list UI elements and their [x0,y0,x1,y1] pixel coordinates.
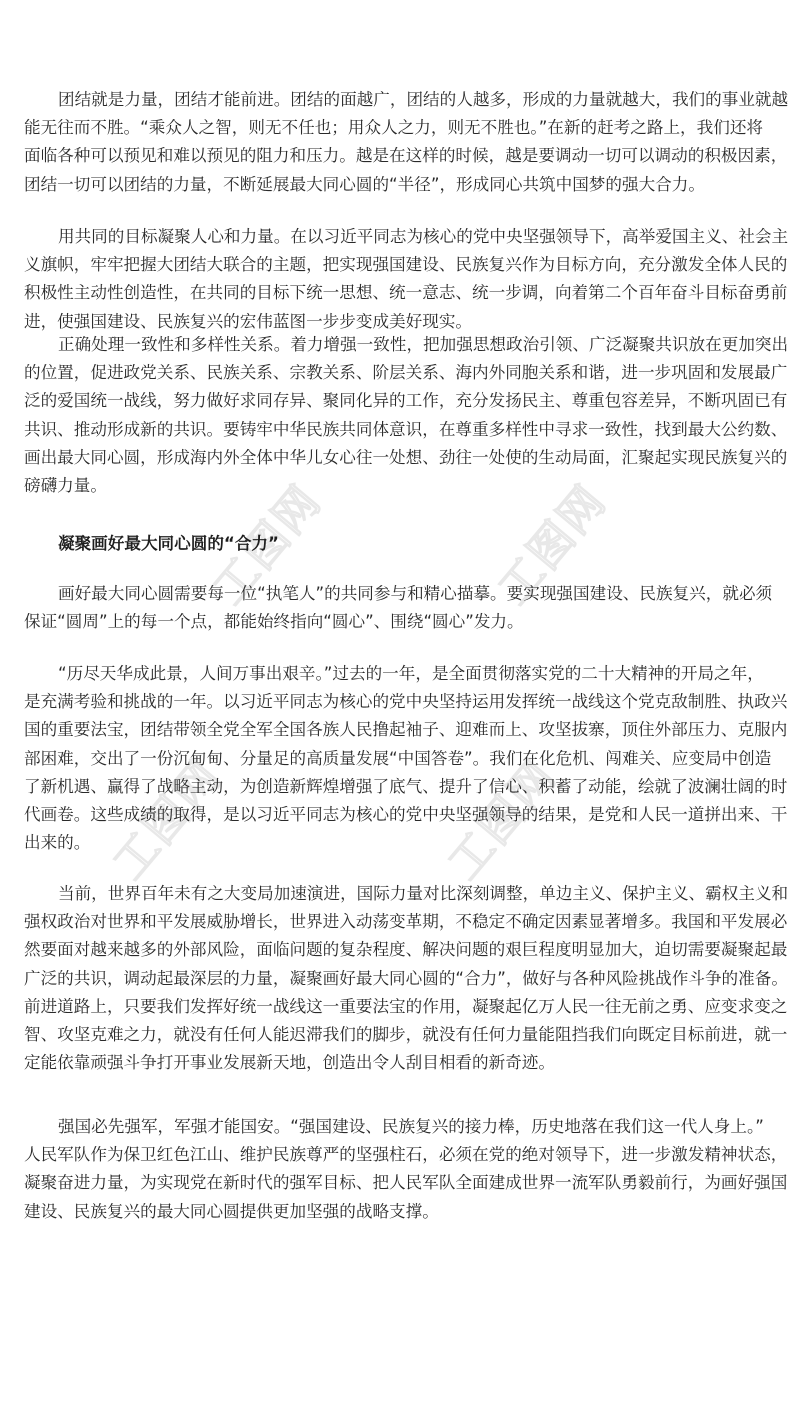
paragraph-line: 部困难，交出了一份沉甸甸、分量足的高质量发展“中国答卷”。我们在化危机、闯难关、… [24,745,784,773]
paragraph: 画好最大同心圆需要每一位“执笔人”的共同参与和精心描摹。要实现强国建设、民族复兴… [24,580,784,636]
paragraph-line: 代画卷。这些成绩的取得，是以习近平同志为核心的党中央坚强领导的结果，是党和人民一… [24,801,784,829]
paragraph-line: 面临各种可以预见和难以预见的阻力和压力。越是在这样的时候，越是要调动一切可以调动… [24,142,784,170]
paragraph-line: 泛的爱国统一战线，努力做好求同存异、聚同化异的工作，充分发扬民主、尊重包容差异，… [24,387,784,415]
paragraph-line: 出来的。 [24,829,784,857]
paragraph-line: 积极性主动性创造性，在共同的目标下统一思想、统一意志、统一步调，向着第二个百年奋… [24,279,784,307]
paragraph-line: 智、攻坚克难之力，就没有任何人能迟滞我们的脚步，就没有任何力量能阻挡我们向既定目… [24,1021,784,1049]
paragraph-line: 强权政治对世界和平发展威胁增长，世界进入动荡变革期，不稳定不确定因素显著增多。我… [24,908,784,936]
paragraph-line: 的位置，促进政党关系、民族关系、宗教关系、阶层关系、海内外同胞关系和谐，进一步巩… [24,359,784,387]
paragraph-line: 正确处理一致性和多样性关系。着力增强一致性，把加强思想政治引领、广泛凝聚共识放在… [24,331,784,359]
paragraph-line: 磅礴力量。 [24,472,784,500]
paragraph-line: 广泛的共识，调动起最深层的力量，凝聚画好最大同心圆的“合力”，做好与各种风险挑战… [24,965,784,993]
paragraph-line: 团结一切可以团结的力量，不断延展最大同心圆的“半径”，形成同心共筑中国梦的强大合… [24,171,784,199]
paragraph: 用共同的目标凝聚人心和力量。在以习近平同志为核心的党中央坚强领导下，高举爱国主义… [24,223,784,336]
paragraph-line: 当前，世界百年未有之大变局加速演进，国际力量对比深刻调整，单边主义、保护主义、霸… [24,880,784,908]
paragraph-line: 画出最大同心圆，形成海内外全体中华儿女心往一处想、劲往一处使的生动局面，汇聚起实… [24,444,784,472]
paragraph-line: 能无往而不胜。“乘众人之智，则无不任也；用众人之力，则无不胜也。”在新的赶考之路… [24,114,784,142]
paragraph-line: 人民军队作为保卫红色江山、维护民族尊严的坚强柱石，必须在党的绝对领导下，进一步激… [24,1141,784,1169]
paragraph-line: 团结就是力量，团结才能前进。团结的面越广，团结的人越多，形成的力量就越大，我们的… [24,86,784,114]
paragraph: 团结就是力量，团结才能前进。团结的面越广，团结的人越多，形成的力量就越大，我们的… [24,86,784,199]
paragraph: 强国必先强军，军强才能国安。“强国建设、民族复兴的接力棒，历史地落在我们这一代人… [24,1113,784,1226]
paragraph-line: 义旗帜，牢牢把握大团结大联合的主题，把实现强国建设、民族复兴作为目标方向，充分激… [24,251,784,279]
paragraph-line: 用共同的目标凝聚人心和力量。在以习近平同志为核心的党中央坚强领导下，高举爱国主义… [24,223,784,251]
paragraph-line: 前进道路上，只要我们发挥好统一战线这一重要法宝的作用，凝聚起亿万人民一往无前之勇… [24,993,784,1021]
paragraph-line: 强国必先强军，军强才能国安。“强国建设、民族复兴的接力棒，历史地落在我们这一代人… [24,1113,784,1141]
paragraph: 正确处理一致性和多样性关系。着力增强一致性，把加强思想政治引领、广泛凝聚共识放在… [24,331,784,500]
paragraph-line: 了新机遇、赢得了战略主动，为创造新辉煌增强了底气、提升了信心、积蓄了动能，绘就了… [24,773,784,801]
paragraph-line: 是充满考验和挑战的一年。以习近平同志为核心的党中央坚持运用发挥统一战线这个党克敌… [24,688,784,716]
paragraph-line: 定能依靠顽强斗争打开事业发展新天地，创造出令人刮目相看的新奇迹。 [24,1049,784,1077]
paragraph-line: 凝聚奋进力量，为实现党在新时代的强军目标、把人民军队全面建成世界一流军队勇毅前行… [24,1169,784,1197]
paragraph-line: 共识、推动形成新的共识。要铸牢中华民族共同体意识，在尊重多样性中寻求一致性，找到… [24,416,784,444]
paragraph-line: 建设、民族复兴的最大同心圆提供更加坚强的战略支撑。 [24,1198,784,1226]
paragraph-line: “历尽天华成此景，人间万事出艰辛。”过去的一年，是全面贯彻落实党的二十大精神的开… [24,660,784,688]
paragraph-line: 画好最大同心圆需要每一位“执笔人”的共同参与和精心描摹。要实现强国建设、民族复兴… [24,580,784,608]
paragraph-line: 然要面对越来越多的外部风险，面临问题的复杂程度、解决问题的艰巨程度明显加大，迫切… [24,936,784,964]
paragraph: 当前，世界百年未有之大变局加速演进，国际力量对比深刻调整，单边主义、保护主义、霸… [24,880,784,1077]
paragraph: “历尽天华成此景，人间万事出艰辛。”过去的一年，是全面贯彻落实党的二十大精神的开… [24,660,784,857]
paragraph-line: 国的重要法宝，团结带领全党全军全国各族人民撸起袖子、迎难而上、攻坚拔寨，顶住外部… [24,716,784,744]
paragraph-line: 保证“圆周”上的每一个点，都能始终指向“圆心”、围绕“圆心”发力。 [24,608,784,636]
section-heading: 凝聚画好最大同心圆的“合力” [58,530,279,558]
